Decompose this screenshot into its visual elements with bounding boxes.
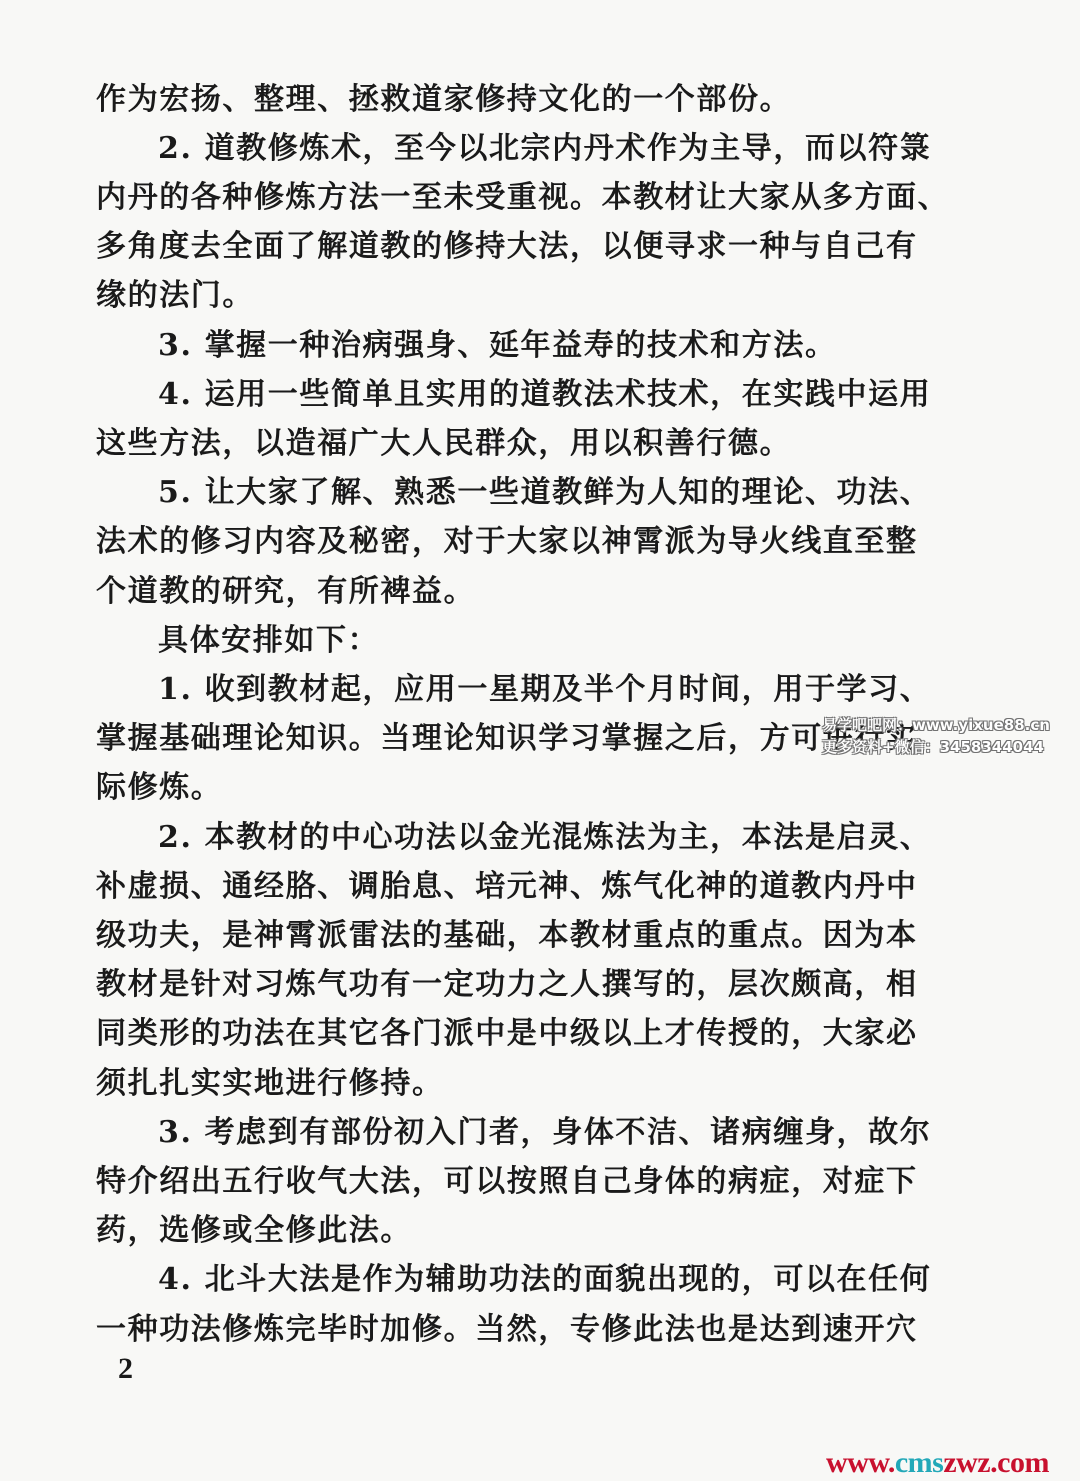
text-line: 2. 本教材的中心功法以金光混炼法为主，本法是启灵、 xyxy=(158,818,931,858)
watermark-yixue: 易学吧吧网：www.yixue88.cn 更多资料+微信：3458344044 xyxy=(822,714,1050,758)
text-line: 个道教的研究，有所裨益。 xyxy=(96,572,475,612)
text-line: 内丹的各种修炼方法一至未受重视。本教材让大家从多方面、 xyxy=(96,178,949,218)
watermark-line-site: 易学吧吧网：www.yixue88.cn xyxy=(822,714,1050,736)
text-line: 须扎扎实实地进行修持。 xyxy=(96,1064,444,1104)
text-line: 掌握基础理论知识。当理论知识学习掌握之后，方可进行实 xyxy=(96,719,918,759)
text-line: 3. 考虑到有部份初入门者，身体不洁、诸病缠身，故尔 xyxy=(158,1113,931,1153)
text-line: 一种功法修炼完毕时加修。当然，专修此法也是达到速开穴 xyxy=(96,1310,918,1350)
section-heading: 具体安排如下： xyxy=(158,621,379,661)
text-line: 4. 运用一些简单且实用的道教法术技术，在实践中运用 xyxy=(158,375,931,415)
text-line: 缘的法门。 xyxy=(96,276,254,316)
text-line: 教材是针对习炼气功有一定功力之人撰写的，层次颇高，相 xyxy=(96,965,918,1005)
watermark-mid: cms xyxy=(895,1446,943,1479)
text-line: 1. 收到教材起，应用一星期及半个月时间，用于学习、 xyxy=(158,670,931,710)
text-line: 同类形的功法在其它各门派中是中级以上才传授的，大家必 xyxy=(96,1014,918,1054)
text-line: 法术的修习内容及秘密，对于大家以神霄派为导火线直至整 xyxy=(96,522,918,562)
page-number: 2 xyxy=(118,1352,133,1386)
text-line: 药，选修或全修此法。 xyxy=(96,1211,412,1251)
text-line: 际修炼。 xyxy=(96,768,222,808)
scanned-book-page: 作为宏扬、整理、拯救道家修持文化的一个部份。 2. 道教修炼术，至今以北宗内丹术… xyxy=(0,0,1080,1481)
text-line: 3. 掌握一种治病强身、延年益寿的技术和方法。 xyxy=(158,326,837,366)
watermark-line-wechat: 更多资料+微信：3458344044 xyxy=(822,736,1050,758)
watermark-cmszwz: www.cmszwz.com xyxy=(826,1446,1049,1480)
text-line: 级功夫，是神霄派雷法的基础，本教材重点的重点。因为本 xyxy=(96,916,918,956)
text-line: 5. 让大家了解、熟悉一些道教鲜为人知的理论、功法、 xyxy=(158,473,931,513)
watermark-prefix: www. xyxy=(826,1446,895,1479)
text-line: 特介绍出五行收气大法，可以按照自己身体的病症，对症下 xyxy=(96,1162,918,1202)
text-line: 多角度去全面了解道教的修持大法，以便寻求一种与自己有 xyxy=(96,227,918,267)
text-line: 补虚损、通经胳、调胎息、培元神、炼气化神的道教内丹中 xyxy=(96,867,918,907)
text-line: 作为宏扬、整理、拯救道家修持文化的一个部份。 xyxy=(96,80,791,120)
watermark-suffix: zwz.com xyxy=(943,1446,1049,1479)
text-line: 2. 道教修炼术，至今以北宗内丹术作为主导，而以符箓 xyxy=(158,129,931,169)
text-line: 4. 北斗大法是作为辅助功法的面貌出现的，可以在任何 xyxy=(158,1260,931,1300)
text-line: 这些方法，以造福广大人民群众，用以积善行德。 xyxy=(96,424,791,464)
